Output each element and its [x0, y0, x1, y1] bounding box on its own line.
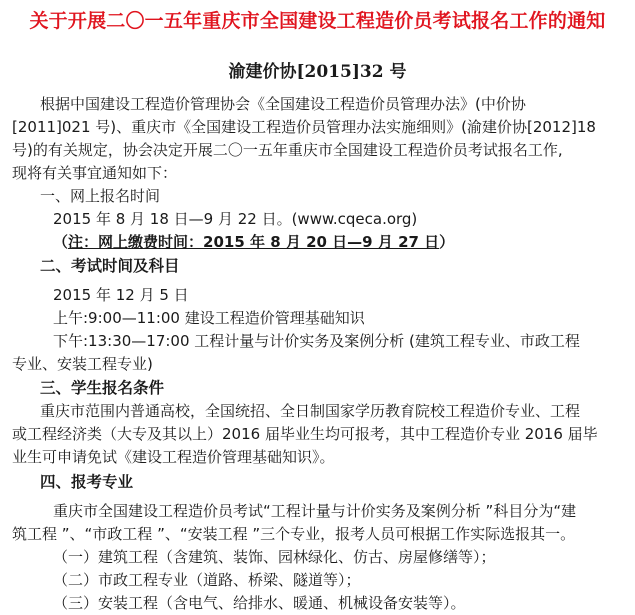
exam-afternoon-2: 专业、安装工程专业)	[12, 353, 153, 375]
section3-line-2: 或工程经济类（大专及其以上）2016 届毕业生均可报考，其中工程造价专业 201…	[12, 423, 598, 445]
registration-dates: 2015 年 8 月 18 日—9 月 22 日。(www.cqeca.org)	[53, 208, 417, 230]
exam-afternoon-1: 下午:13:30—17:00 工程计量与计价实务及案例分析 (建筑工程专业、市政…	[53, 330, 580, 352]
note-close-paren: ）	[439, 233, 454, 251]
note-open-paren: （	[53, 233, 68, 251]
intro-line-3: 号)的有关规定，协会决定开展二〇一五年重庆市全国建设工程造价员考试报名工作,	[12, 139, 563, 161]
section1-heading: 一、网上报名时间	[40, 185, 160, 207]
exam-morning: 上午:9:00—11:00 建设工程造价管理基础知识	[53, 307, 365, 329]
section2-heading: 二、考试时间及科目	[40, 255, 180, 277]
section4-heading: 四、报考专业	[40, 471, 133, 493]
section3-line-3: 业生可申请免试《建设工程造价管理基础知识》。	[12, 446, 335, 468]
section4-line-1: 重庆市全国建设工程造价员考试“工程计量与计价实务及案例分析 ”科目分为“建	[53, 500, 576, 522]
section4-line-2: 筑工程 ”、“市政工程 ”、“安装工程 ”三个专业，报考人员可根据工作实际选报其…	[12, 523, 575, 545]
section3-line-1: 重庆市范围内普通高校，全国统招、全日制国家学历教育院校工程造价专业、工程	[40, 400, 580, 422]
specialty-item-2: （二）市政工程专业（道路、桥梁、隧道等）；	[53, 569, 361, 591]
exam-date: 2015 年 12 月 5 日	[53, 284, 189, 306]
document-title: 关于开展二〇一五年重庆市全国建设工程造价员考试报名工作的通知	[0, 6, 635, 33]
section3-heading: 三、学生报名条件	[40, 377, 164, 399]
payment-note: （注：网上缴费时间：2015 年 8 月 20 日—9 月 27 日）	[53, 231, 454, 253]
specialty-item-3: （三）安装工程（含电气、给排水、暖通、机械设备安装等）。	[53, 592, 466, 614]
specialty-item-1: （一）建筑工程（含建筑、装饰、园林绿化、仿古、房屋修缮等）；	[53, 546, 496, 568]
intro-line-4: 现将有关事宜通知如下：	[12, 162, 177, 184]
intro-line-1: 根据中国建设工程造价管理协会《全国建设工程造价员管理办法》(中价协	[40, 93, 526, 115]
intro-line-2: [2011]021 号)、重庆市《全国建设工程造价员管理办法实施细则》(渝建价协…	[12, 116, 596, 138]
document-number: 渝建价协[2015]32 号	[0, 57, 635, 82]
payment-note-text: 注：网上缴费时间：2015 年 8 月 20 日—9 月 27 日	[68, 233, 439, 251]
